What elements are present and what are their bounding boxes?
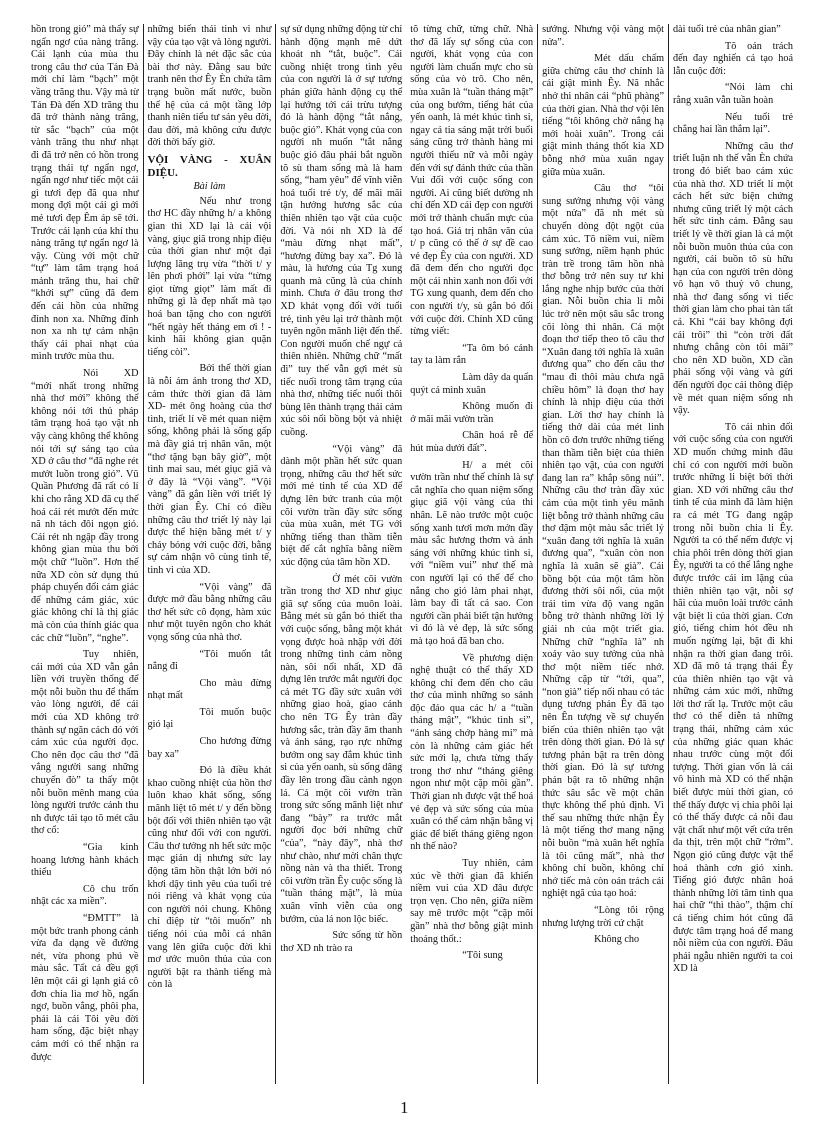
verse-line: “Lòng tôi rộng nhưng lượng trời cứ chật: [542, 905, 664, 930]
verse-line: Làm dây da quấn quýt cả mình xuân: [410, 372, 533, 397]
paragraph: Câu thơ “tôi sung sướng nhưng vội vàng m…: [542, 183, 664, 901]
paragraph: những biến thái tinh vi như vậy của tạo …: [148, 24, 272, 150]
paragraph: Nói XD “mới nhất trong những nhà thơ mới…: [31, 368, 139, 645]
verse-line: Tôi muốn buộc gió lại: [148, 707, 272, 732]
paragraph: Tuy nhiên, cảm xúc về thời gian đã khiến…: [410, 858, 533, 946]
paragraph: Ở mét cõi vườn trần trong thơ XD như giụ…: [280, 574, 402, 927]
page-number: 1: [400, 1098, 409, 1118]
paragraph: Nếu như trong thơ HC đầy những h/ a khôn…: [148, 196, 272, 360]
paragraph: tõ từng chữ, từng chữ. Nhà thơ đã lấy sự…: [410, 24, 533, 339]
paragraph: “ĐMTT” là một bức tranh phong cảnh vừa đ…: [31, 913, 139, 1064]
paragraph: dài tuổi trẻ của nhân gian”: [673, 24, 793, 37]
paragraph: Sức sống từ hồn thơ XD nh trào ra: [280, 930, 402, 955]
column-2: những biến thái tinh vi như vậy của tạo …: [143, 24, 276, 1084]
verse-line: “Tôi sung: [410, 950, 533, 963]
paragraph: H/ a mét cõi vườn trần như thế chính là …: [410, 460, 533, 649]
verse-line: Chân hoá rễ để hút mùa dưới đất”.: [410, 430, 533, 455]
column-5: sướng. Nhưng vội vàng một nửa”.Mét dấu c…: [537, 24, 668, 1084]
paragraph: Đó là điều khát khao cuồng nhiệt của hồn…: [148, 765, 272, 992]
paragraph: sướng. Nhưng vội vàng một nửa”.: [542, 24, 664, 49]
paragraph: Những câu thơ triết luận nh thế vẫn Èn c…: [673, 141, 793, 418]
verse-line: “Nói làm chi rằng xuân vẫn tuần hoàn: [673, 82, 793, 107]
verse-line: “Tôi muốn tắt nắng đi: [148, 649, 272, 674]
paragraph: “Vội vàng” đã dành một phần hết sức quan…: [280, 444, 402, 570]
verse-line: “Gia kinh hoang lương hành khách thiểu: [31, 842, 139, 880]
section-heading: VỘI VÀNG - XUÂN DIỆU.: [148, 154, 272, 179]
paragraph: “Vội vàng” đã được mở đầu bằng những câu…: [148, 582, 272, 645]
paragraph: hồn trong gió” mà thấy sự ngẩn ngơ của n…: [31, 24, 139, 364]
paragraph: Về phương diện nghệ thuật có thể thấy XD…: [410, 653, 533, 855]
text-columns: hồn trong gió” mà thấy sự ngẩn ngơ của n…: [27, 24, 797, 1084]
verse-line: Cho màu đừng nhạt mất: [148, 678, 272, 703]
verse-line: Nếu tuổi trẻ chẳng hai lần thắm lại”.: [673, 112, 793, 137]
column-4: tõ từng chữ, từng chữ. Nhà thơ đã lấy sự…: [406, 24, 537, 1084]
paragraph: Bởi thế thời gian là nỗi ám ảnh trong th…: [148, 363, 272, 577]
paragraph: Mét dấu chấm giữa chừng câu thơ chính là…: [542, 53, 664, 179]
column-1: hồn trong gió” mà thấy sự ngẩn ngơ của n…: [27, 24, 143, 1084]
section-subtitle: Bài làm: [148, 181, 272, 194]
document-page: hồn trong gió” mà thấy sự ngẩn ngơ của n…: [0, 0, 816, 1123]
paragraph: Tõ cái nhìn đối với cuộc sống của con ng…: [673, 422, 793, 976]
verse-line: Không cho: [542, 934, 664, 947]
paragraph: sự sử dụng những động từ chỉ hành động m…: [280, 24, 402, 440]
verse-line: Không muốn đi ở mãi mãi vườn trần: [410, 401, 533, 426]
paragraph: Tuy nhiên, cái mới của XD vẫn gắn liền v…: [31, 649, 139, 838]
verse-line: Cho hương đừng bay xa”: [148, 736, 272, 761]
verse-line: “Ta ôm bó cánh tay ta làm rắn: [410, 343, 533, 368]
column-3: sự sử dụng những động từ chỉ hành động m…: [275, 24, 406, 1084]
paragraph: Tõ oán trách đến đay nghiến cả tạo hoá l…: [673, 41, 793, 79]
column-6: dài tuổi trẻ của nhân gian”Tõ oán trách …: [668, 24, 797, 1084]
verse-line: Cô chu trốn nhật các xa miền”.: [31, 884, 139, 909]
